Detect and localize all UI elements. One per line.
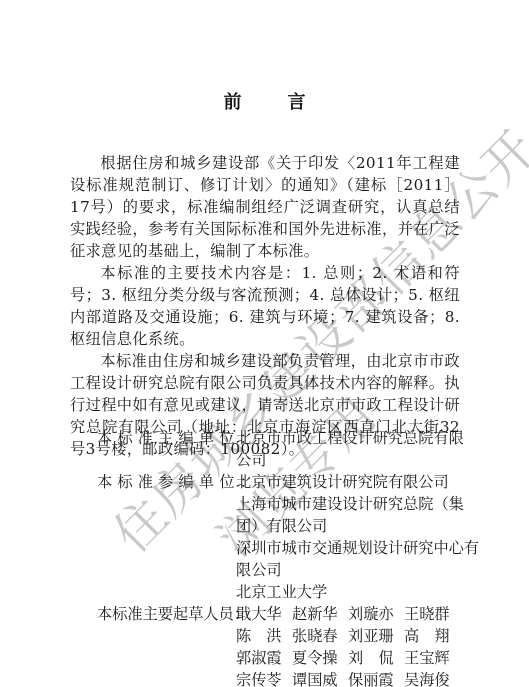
drafter-name: 吴海俊 [404, 669, 460, 687]
chief-editor-units: 北京市市政工程设计研究总院有限 公司 [236, 427, 467, 471]
participating-unit-line: 北京工业大学 [236, 581, 479, 603]
document-page: 住房城乡建设部信息公开 浏览专用 前言 根据住房和城乡建设部《关于印发〈2011… [0, 0, 529, 687]
drafter-name: 郭淑霞 [236, 647, 292, 669]
drafter-name: 保丽霞 [348, 669, 404, 687]
title-char-1: 前 [224, 92, 242, 114]
drafter-name: 刘璇亦 [348, 603, 404, 625]
drafters-row: 本标准主要起草人员： 戢大华 赵新华 刘璇亦 王晓群 陈 洪 张晓春 刘亚珊 高… [97, 603, 467, 687]
participating-units: 北京市建筑设计研究院有限公司 上海市城市建设设计研究总院（集 团）有限公司 深圳… [236, 471, 479, 603]
participating-label: 本标准参编单位： [97, 471, 236, 603]
drafter-name: 谭国威 [292, 669, 348, 687]
title-char-2: 言 [288, 92, 306, 114]
drafter-name: 刘 侃 [348, 647, 404, 669]
chief-editor-row: 本标准主编单位： 北京市市政工程设计研究总院有限 公司 [97, 427, 467, 471]
drafter-name: 王宝辉 [404, 647, 460, 669]
drafter-name: 王晓群 [404, 603, 460, 625]
drafters-grid: 戢大华 赵新华 刘璇亦 王晓群 陈 洪 张晓春 刘亚珊 高 翔 郭淑霞 夏令操 … [236, 603, 467, 687]
chief-unit-line: 北京市市政工程设计研究总院有限 [236, 427, 467, 449]
foreword-body: 根据住房和城乡建设部《关于印发〈2011年工程建设标准规范制订、修订计划〉的通知… [70, 152, 460, 460]
drafter-name: 戢大华 [236, 603, 292, 625]
drafter-name: 张晓春 [292, 625, 348, 647]
participating-unit-line: 北京市建筑设计研究院有限公司 [236, 471, 479, 493]
drafters-label: 本标准主要起草人员： [97, 603, 236, 687]
drafter-name: 赵新华 [292, 603, 348, 625]
paragraph-basis: 根据住房和城乡建设部《关于印发〈2011年工程建设标准规范制订、修订计划〉的通知… [70, 152, 460, 262]
paragraph-contents: 本标准的主要技术内容是：1. 总则；2. 术语和符号；3. 枢纽分类分级与客流预… [70, 262, 460, 350]
page-title: 前言 [0, 92, 529, 114]
drafter-name: 陈 洪 [236, 625, 292, 647]
participating-unit-line: 限公司 [236, 559, 479, 581]
drafter-name: 刘亚珊 [348, 625, 404, 647]
participating-units-row: 本标准参编单位： 北京市建筑设计研究院有限公司 上海市城市建设设计研究总院（集 … [97, 471, 467, 603]
chief-editor-label: 本标准主编单位： [97, 427, 236, 471]
participating-unit-line: 上海市城市建设设计研究总院（集 [236, 493, 479, 515]
participating-unit-line: 深圳市城市交通规划设计研究中心有 [236, 537, 479, 559]
drafter-name: 高 翔 [404, 625, 460, 647]
credits-section: 本标准主编单位： 北京市市政工程设计研究总院有限 公司 本标准参编单位： 北京市… [97, 427, 467, 687]
drafter-name: 宗传苓 [236, 669, 292, 687]
participating-unit-line: 团）有限公司 [236, 515, 479, 537]
drafter-name: 夏令操 [292, 647, 348, 669]
chief-unit-line: 公司 [236, 449, 467, 471]
